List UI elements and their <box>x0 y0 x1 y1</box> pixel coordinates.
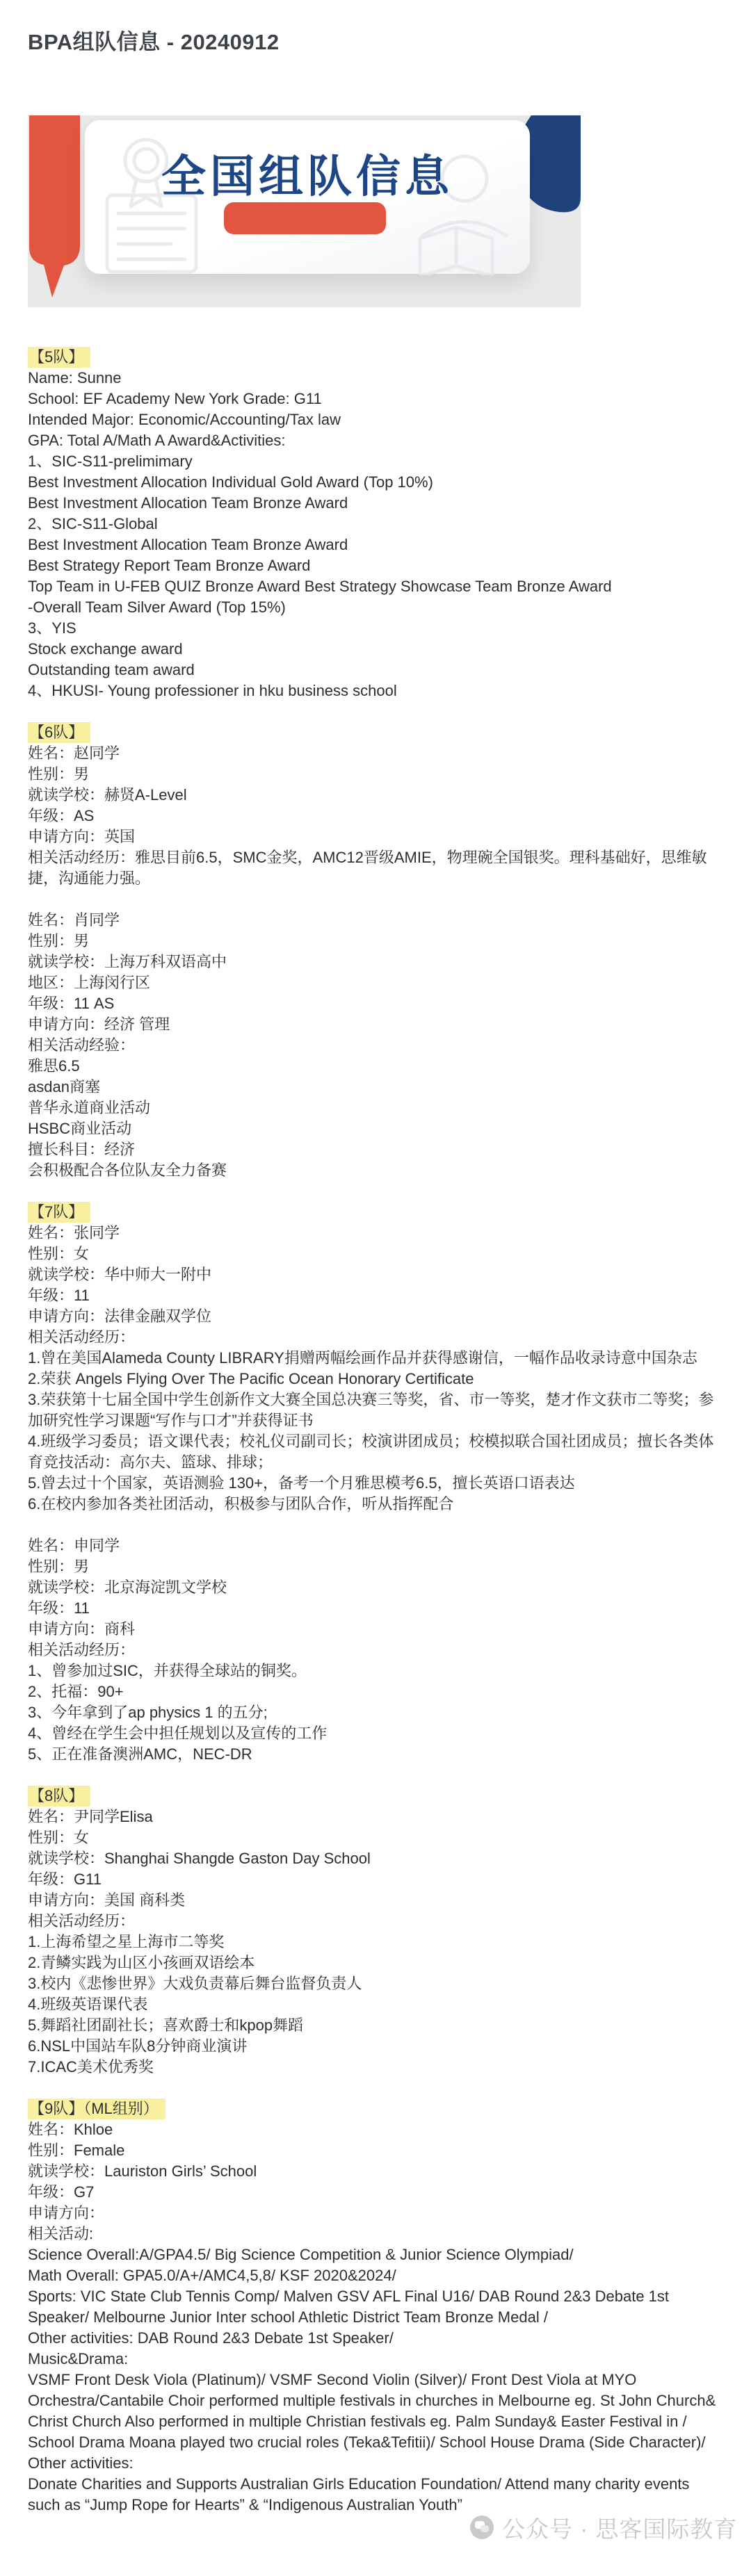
banner-image: 全国组队信息 <box>28 115 581 307</box>
info-line: asdan商塞 <box>28 1077 723 1098</box>
info-line: 性别：Female <box>28 2140 723 2161</box>
info-line: 相关活动经历： <box>28 1640 723 1661</box>
member-block: 姓名：赵同学性别：男就读学校：赫贤A-Level年级：AS申请方向：英国相关活动… <box>28 743 723 889</box>
info-line: 2.荣获 Angels Flying Over The Pacific Ocea… <box>28 1369 723 1389</box>
info-line: Stock exchange award <box>28 639 723 660</box>
info-line: Donate Charities and Supports Australian… <box>28 2474 723 2516</box>
team-section: 【5队】Name: SunneSchool: EF Academy New Yo… <box>28 347 723 701</box>
info-line: 5.舞蹈社团副社长；喜欢爵士和kpop舞蹈 <box>28 2015 723 2036</box>
info-line: 性别：女 <box>28 1244 723 1264</box>
info-line: 5、正在准备澳洲AMC，NEC-DR <box>28 1744 723 1765</box>
info-line: 相关活动经历： <box>28 1327 723 1348</box>
member-block: 姓名：申同学性别：男就读学校：北京海淀凯文学校年级：11申请方向：商科相关活动经… <box>28 1535 723 1765</box>
info-line: 会积极配合各位队友全力备赛 <box>28 1160 723 1181</box>
banner-title: 全国组队信息 <box>85 141 530 205</box>
speech-bubble-icon <box>28 115 83 300</box>
info-line: 姓名：肖同学 <box>28 910 723 931</box>
info-line: 1、SIC-S11-prelimimary <box>28 451 723 472</box>
info-line: -Overall Team Silver Award (Top 15%) <box>28 597 723 618</box>
info-line: 申请方向：法律金融双学位 <box>28 1306 723 1327</box>
team-header-line: 【8队】 <box>28 1786 723 1807</box>
info-line: Best Strategy Report Team Bronze Award <box>28 555 723 576</box>
team-header-line: 【5队】 <box>28 347 723 368</box>
info-line: 就读学校：华中师大一附中 <box>28 1264 723 1285</box>
wechat-official-account-icon <box>470 2516 494 2539</box>
info-line: 年级：G7 <box>28 2182 723 2203</box>
info-line: 1、曾参加过SIC，并获得全球站的铜奖。 <box>28 1661 723 1681</box>
info-line: 性别：女 <box>28 1827 723 1848</box>
info-line: 就读学校：Shanghai Shangde Gaston Day School <box>28 1848 723 1869</box>
info-line: VSMF Front Desk Viola (Platinum)/ VSMF S… <box>28 2370 723 2432</box>
watermark: 公众号 · 思客国际教育 <box>470 2513 737 2541</box>
info-line: 年级：11 <box>28 1598 723 1619</box>
info-line: 3、今年拿到了ap physics 1 的五分; <box>28 1702 723 1723</box>
info-line: Top Team in U-FEB QUIZ Bronze Award Best… <box>28 576 723 597</box>
info-line: Science Overall:A/GPA4.5/ Big Science Co… <box>28 2244 723 2265</box>
info-line: Outstanding team award <box>28 660 723 680</box>
info-line: 申请方向：美国 商科类 <box>28 1890 723 1911</box>
info-line: Best Investment Allocation Team Bronze A… <box>28 535 723 555</box>
member-block: 姓名：尹同学Elisa性别：女就读学校：Shanghai Shangde Gas… <box>28 1807 723 2078</box>
info-line: 1.上海希望之星上海市二等奖 <box>28 1932 723 1953</box>
info-line: 6.在校内参加各类社团活动，积极参与团队合作，听从指挥配合 <box>28 1494 723 1515</box>
info-line: 普华永道商业活动 <box>28 1098 723 1118</box>
info-line: 申请方向：商科 <box>28 1619 723 1640</box>
info-line: 2、SIC-S11-Global <box>28 514 723 535</box>
info-line: 4.班级英语课代表 <box>28 1994 723 2015</box>
team-header: 【6队】 <box>28 722 90 743</box>
info-line: Other activities: <box>28 2453 723 2474</box>
team-header: 【7队】 <box>28 1202 90 1223</box>
info-line: School Drama Moana played two crucial ro… <box>28 2432 723 2453</box>
watermark-text: 公众号 · 思客国际教育 <box>502 2511 737 2544</box>
info-line: Best Investment Allocation Team Bronze A… <box>28 493 723 514</box>
info-line: 申请方向：经济 管理 <box>28 1014 723 1035</box>
info-line: 3.校内《悲惨世界》大戏负责幕后舞台监督负责人 <box>28 1973 723 1994</box>
info-line: 1.曾在美国Alameda County LIBRARY捐赠两幅绘画作品并获得感… <box>28 1348 723 1369</box>
info-line: 相关活动经历： <box>28 1911 723 1932</box>
info-line: 就读学校：Lauriston Girls’ School <box>28 2161 723 2182</box>
info-line: Other activities: DAB Round 2&3 Debate 1… <box>28 2328 723 2349</box>
info-line: 年级：G11 <box>28 1869 723 1890</box>
info-line: 地区：上海闵行区 <box>28 972 723 993</box>
info-line: 年级：11 AS <box>28 993 723 1014</box>
banner-card: 全国组队信息 <box>85 120 530 274</box>
info-line: 姓名：赵同学 <box>28 743 723 764</box>
teams-list: 【5队】Name: SunneSchool: EF Academy New Yo… <box>28 347 723 2516</box>
info-line: Math Overall: GPA5.0/A+/AMC4,5,8/ KSF 20… <box>28 2265 723 2286</box>
info-line: 6.NSL中国站车队8分钟商业演讲 <box>28 2036 723 2057</box>
team-header-line: 【6队】 <box>28 722 723 743</box>
member-block: 姓名：Khloe性别：Female就读学校：Lauriston Girls’ S… <box>28 2119 723 2516</box>
info-line: 3.荣获第十七届全国中学生创新作文大赛全国总决赛三等奖，省、市一等奖，楚才作文获… <box>28 1389 723 1431</box>
info-line: 相关活动经历：雅思目前6.5，SMC金奖，AMC12晋级AMIE，物理碗全国银奖… <box>28 847 723 889</box>
member-block: 姓名：肖同学性别：男就读学校：上海万科双语高中地区：上海闵行区年级：11 AS申… <box>28 910 723 1181</box>
info-line: 相关活动: <box>28 2224 723 2244</box>
info-line: GPA: Total A/Math A Award&Activities: <box>28 430 723 451</box>
info-line: Best Investment Allocation Individual Go… <box>28 472 723 493</box>
info-line: 姓名：Khloe <box>28 2119 723 2140</box>
info-line: 姓名：尹同学Elisa <box>28 1807 723 1827</box>
info-line: 4、HKUSI- Young professioner in hku busin… <box>28 680 723 701</box>
info-line: 就读学校：赫贤A-Level <box>28 785 723 806</box>
team-header-line: 【7队】 <box>28 1202 723 1223</box>
team-section: 【9队】（ML组别）姓名：Khloe性别：Female就读学校：Lauristo… <box>28 2098 723 2516</box>
info-line: 姓名：张同学 <box>28 1223 723 1244</box>
info-line: 2、托福：90+ <box>28 1681 723 1702</box>
info-line: 5.曾去过十个国家，英语测验 130+，备考一个月雅思模考6.5，擅长英语口语表… <box>28 1473 723 1494</box>
page-title: BPA组队信息 - 20240912 <box>28 24 280 56</box>
member-block: 姓名：张同学性别：女就读学校：华中师大一附中年级：11申请方向：法律金融双学位相… <box>28 1223 723 1515</box>
team-header: 【8队】 <box>28 1786 90 1807</box>
team-header: 【5队】 <box>28 347 90 368</box>
info-line: 擅长科目：经济 <box>28 1139 723 1160</box>
team-section: 【6队】姓名：赵同学性别：男就读学校：赫贤A-Level年级：AS申请方向：英国… <box>28 722 723 1181</box>
team-header: 【9队】（ML组别） <box>28 2098 165 2119</box>
info-line: 申请方向：英国 <box>28 826 723 847</box>
info-line: 雅思6.5 <box>28 1056 723 1077</box>
team-section: 【7队】姓名：张同学性别：女就读学校：华中师大一附中年级：11申请方向：法律金融… <box>28 1202 723 1765</box>
info-line: 就读学校：北京海淀凯文学校 <box>28 1577 723 1598</box>
info-line: 7.ICAC美术优秀奖 <box>28 2057 723 2078</box>
info-line: School: EF Academy New York Grade: G11 <box>28 389 723 409</box>
info-line: Name: Sunne <box>28 368 723 389</box>
info-line: 姓名：申同学 <box>28 1535 723 1556</box>
info-line: 性别：男 <box>28 931 723 952</box>
info-line: 性别：男 <box>28 764 723 785</box>
info-line: Intended Major: Economic/Accounting/Tax … <box>28 409 723 430</box>
info-line: 4、曾经在学生会中担任规划以及宣传的工作 <box>28 1723 723 1744</box>
info-line: 相关活动经验： <box>28 1035 723 1056</box>
info-line: Music&Drama: <box>28 2349 723 2370</box>
info-line: 年级：11 <box>28 1285 723 1306</box>
info-line: Sports: VIC State Club Tennis Comp/ Malv… <box>28 2286 723 2328</box>
info-line: 性别：男 <box>28 1556 723 1577</box>
info-line: 年级：AS <box>28 806 723 826</box>
banner-underline-bar <box>224 202 386 234</box>
team-section: 【8队】姓名：尹同学Elisa性别：女就读学校：Shanghai Shangde… <box>28 1786 723 2078</box>
member-block: Name: SunneSchool: EF Academy New York G… <box>28 368 723 701</box>
info-line: HSBC商业活动 <box>28 1118 723 1139</box>
team-header-line: 【9队】（ML组别） <box>28 2098 723 2119</box>
info-line: 就读学校：上海万科双语高中 <box>28 952 723 972</box>
info-line: 4.班级学习委员；语文课代表；校礼仪司副司长；校演讲团成员；校模拟联合国社团成员… <box>28 1431 723 1473</box>
info-line: 3、YIS <box>28 618 723 639</box>
info-line: 2.青鳞实践为山区小孩画双语绘本 <box>28 1953 723 1973</box>
info-line: 申请方向： <box>28 2203 723 2224</box>
